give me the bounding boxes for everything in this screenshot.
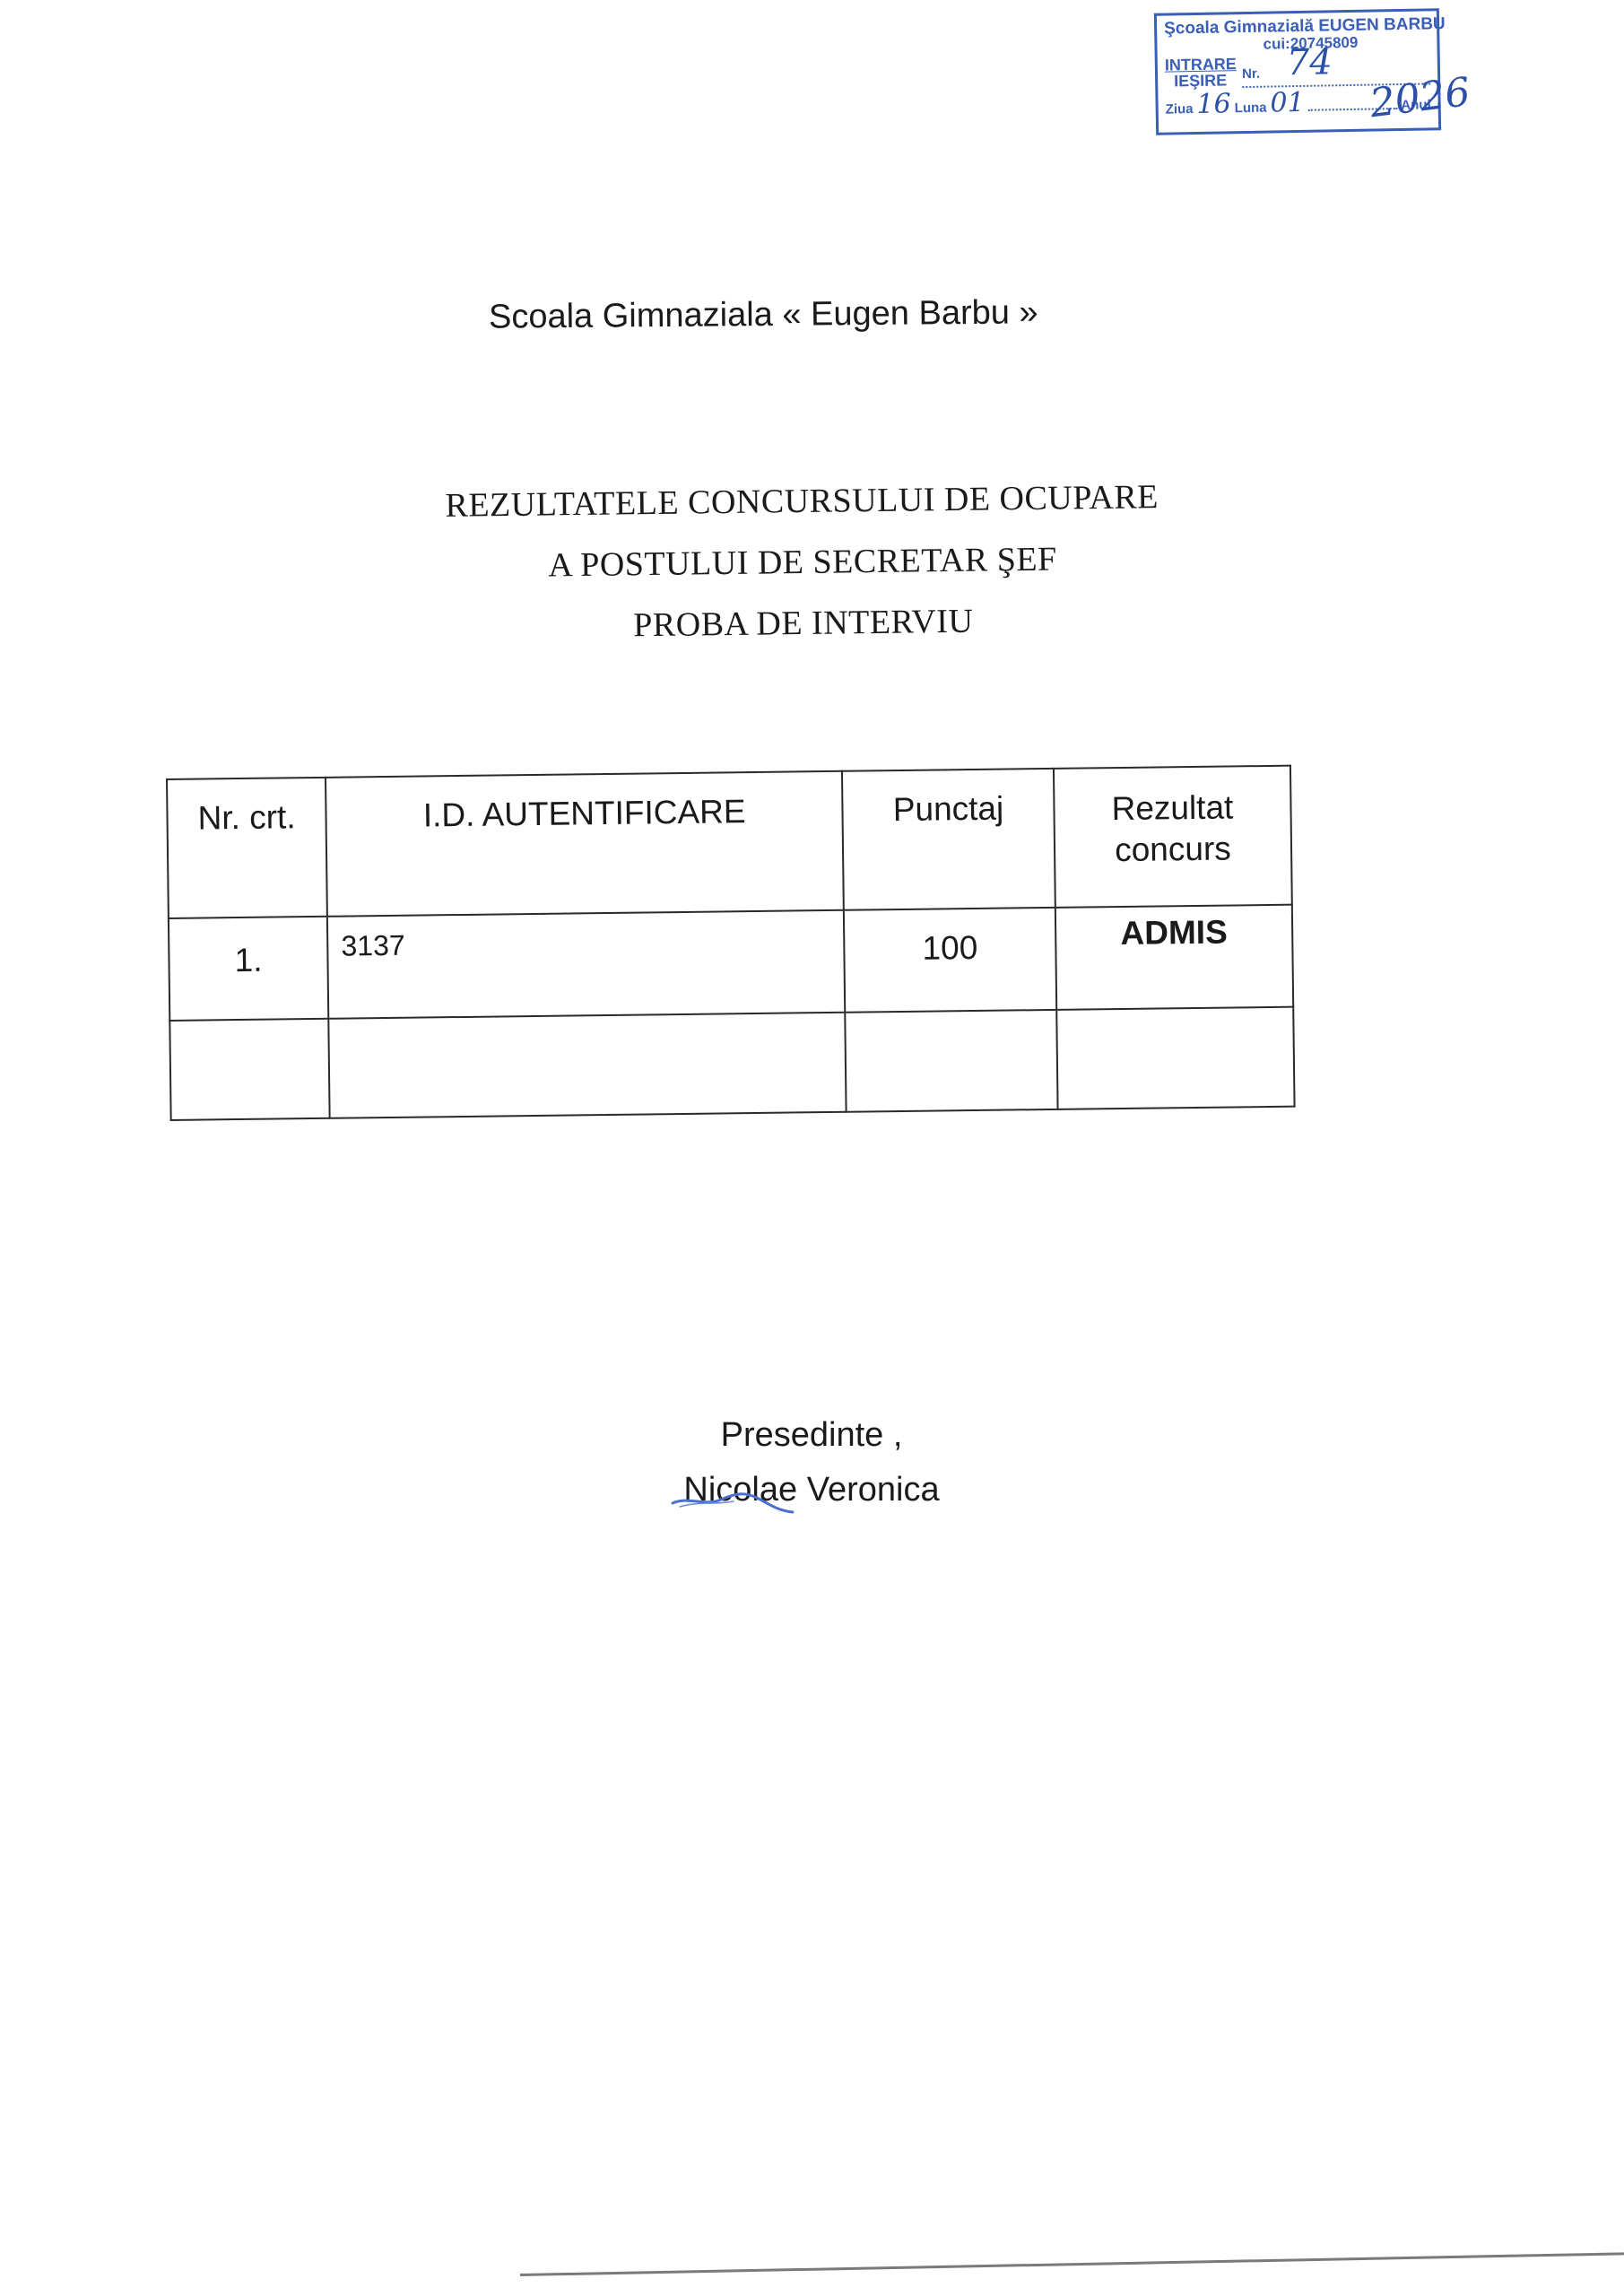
stamp-exit-label: IEŞIRE [1174,72,1237,89]
title-line-3: PROBA DE INTERVIU [430,588,1176,658]
stamp-nr-value: 74 [1286,41,1333,83]
page-edge-line [520,2252,1624,2276]
header-rezultat-line1: Rezultat [1111,788,1233,827]
cell-punctaj: 100 [844,908,1056,1013]
cell-rezultat: ADMIS [1055,905,1293,1010]
cell-id [328,1013,846,1118]
header-id-autentificare: I.D. AUTENTIFICARE [326,771,844,917]
results-table: Nr. crt. I.D. AUTENTIFICARE Punctaj Rezu… [166,765,1296,1121]
document-title: REZULTATELE CONCURSULUI DE OCUPARE A POS… [430,466,1176,658]
header-punctaj: Punctaj [842,769,1055,910]
registration-stamp: Şcoala Gimnazială EUGEN BARBU cui:207458… [1154,8,1441,135]
stamp-day-label: Ziua [1166,101,1194,117]
table-row: 1. 3137 100 ADMIS [169,905,1293,1021]
header-rezultat-line2: concurs [1115,830,1231,868]
signature-name: Nicolae Veronica [664,1464,960,1516]
title-line-2: A POSTULUI DE SECRETAR ŞEF [430,527,1176,597]
header-nr-crt: Nr. crt. [167,778,327,918]
table-header-row: Nr. crt. I.D. AUTENTIFICARE Punctaj Rezu… [167,766,1292,918]
table-row-empty [169,1007,1294,1120]
stamp-nr-label: Nr. [1242,66,1260,82]
stamp-day-value: 16 [1196,93,1231,116]
school-name: Scoala Gimnaziala « Eugen Barbu » [489,293,1038,336]
cell-nr: 1. [169,917,329,1021]
stamp-month-label: Luna [1235,100,1267,117]
cell-rezultat [1056,1007,1294,1109]
signature-block: Presedinte , Nicolae Veronica [664,1406,960,1516]
stamp-month-value: 01 [1270,92,1305,115]
cell-id: 3137 [327,910,845,1019]
header-rezultat-concurs: Rezultat concurs [1054,766,1292,908]
title-line-1: REZULTATELE CONCURSULUI DE OCUPARE [430,466,1175,536]
cell-nr [169,1019,330,1120]
signature-role: Presedinte , [664,1406,960,1464]
handwritten-signature-icon [671,1483,796,1514]
cell-punctaj [845,1010,1057,1112]
